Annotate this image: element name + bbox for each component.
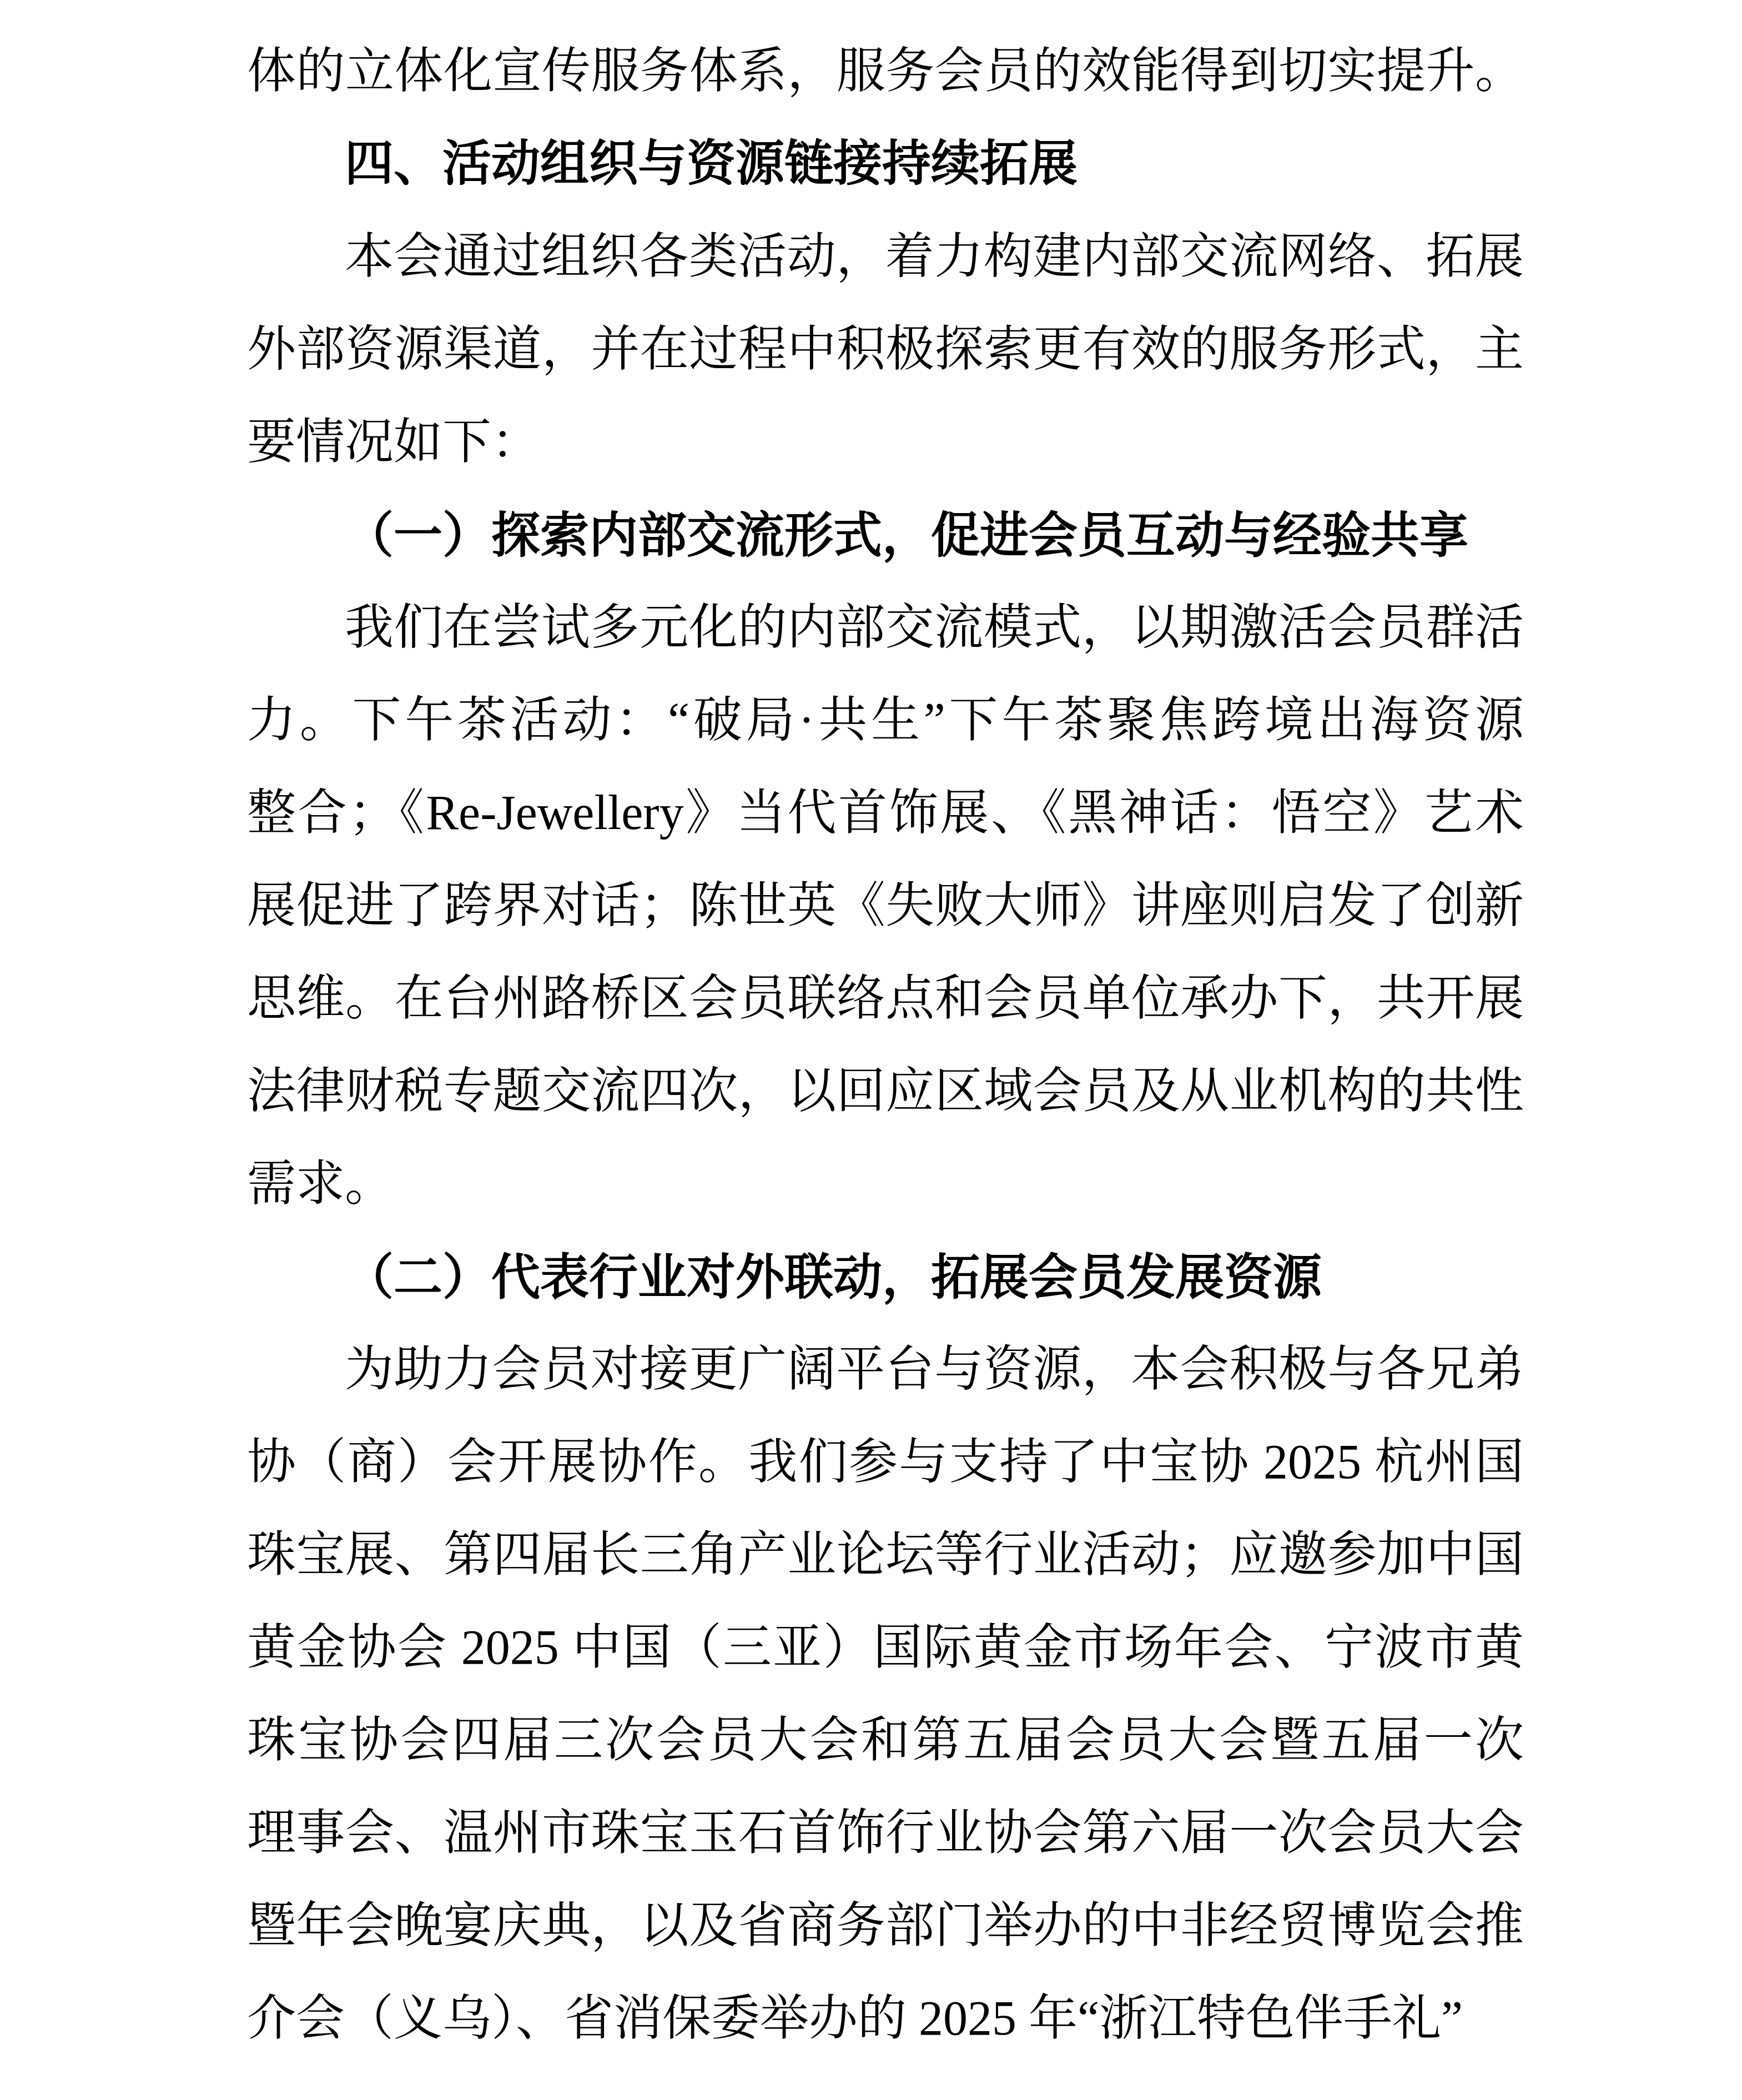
body-text-line: 思维。在台州路桥区会员联络点和会员单位承办下，共开展 [247, 952, 1524, 1045]
body-text-line: 整合；《Re-Jewellery》当代首饰展、《黑神话：悟空》艺术 [247, 767, 1524, 860]
body-text-line: 外部资源渠道，并在过程中积极探索更有效的服务形式，主 [247, 303, 1524, 396]
body-text-line: 珠宝展、第四届长三角产业论坛等行业活动；应邀参加中国 [247, 1509, 1524, 1601]
body-text-line: 我们在尝试多元化的内部交流模式，以期激活会员群活 [247, 581, 1524, 674]
body-text-line: 力。下午茶活动：“破局·共生”下午茶聚焦跨境出海资源 [247, 674, 1524, 767]
body-text-line: 为助力会员对接更广阔平台与资源，本会积极与各兄弟 [247, 1323, 1524, 1416]
body-text-line: 体的立体化宣传服务体系，服务会员的效能得到切实提升。 [247, 25, 1524, 118]
body-text-line: 展促进了跨界对话；陈世英《失败大师》讲座则启发了创新 [247, 860, 1524, 952]
body-text-line: 珠宝协会四届三次会员大会和第五届会员大会暨五届一次 [247, 1694, 1524, 1787]
body-text-line: 理事会、温州市珠宝玉石首饰行业协会第六届一次会员大会 [247, 1787, 1524, 1880]
subsection-heading: （一）探索内部交流形式，促进会员互动与经验共享 [247, 489, 1524, 581]
document-page: 体的立体化宣传服务体系，服务会员的效能得到切实提升。 四、活动组织与资源链接持续… [0, 0, 1742, 2100]
subsection-heading: （二）代表行业对外联动，拓展会员发展资源 [247, 1230, 1524, 1323]
body-text-line: 介会（义乌）、省消保委举办的 2025 年“浙江特色伴手礼” [247, 1972, 1524, 2065]
body-text-line: 黄金协会 2025 中国（三亚）国际黄金市场年会、宁波市黄金 [247, 1601, 1524, 1694]
body-text-line: 要情况如下： [247, 396, 1524, 489]
body-text-line: 法律财税专题交流四次，以回应区域会员及从业机构的共性 [247, 1045, 1524, 1138]
body-text-line: 需求。 [247, 1138, 1524, 1230]
body-text-line: 暨年会晚宴庆典，以及省商务部门举办的中非经贸博览会推 [247, 1880, 1524, 1972]
section-heading: 四、活动组织与资源链接持续拓展 [247, 118, 1524, 210]
body-text-line: 本会通过组织各类活动，着力构建内部交流网络、拓展 [247, 210, 1524, 303]
body-text-line: 协（商）会开展协作。我们参与支持了中宝协 2025 杭州国际 [247, 1416, 1524, 1509]
